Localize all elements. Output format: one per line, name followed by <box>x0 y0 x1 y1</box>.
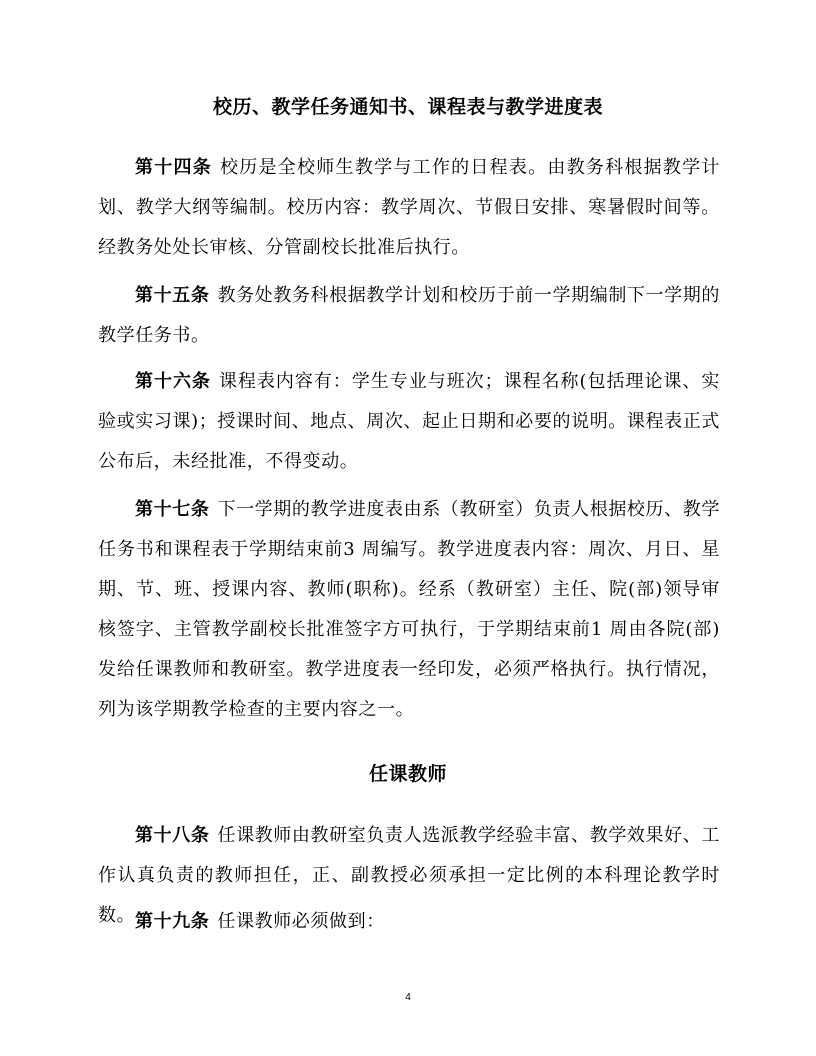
article-16: 第十六条课程表内容有：学生专业与班次；课程名称(包括理论课、实验或实习课)；授课… <box>98 362 720 482</box>
article-text: 任课教师必须做到： <box>217 911 384 932</box>
article-label: 第十六条 <box>135 371 211 392</box>
page-number: 4 <box>0 992 816 1003</box>
article-label: 第十七条 <box>135 499 209 520</box>
article-15: 第十五条教务处教务科根据教学计划和校历于前一学期编制下一学期的教学任务书。 <box>98 276 720 356</box>
article-label: 第十九条 <box>135 911 209 932</box>
article-14: 第十四条校历是全校师生教学与工作的日程表。由教务科根据教学计划、教学大纲等编制。… <box>98 148 720 268</box>
section-title-teachers: 任课教师 <box>0 762 816 786</box>
article-label: 第十八条 <box>135 825 209 846</box>
document-page: 校历、教学任务通知书、课程表与教学进度表 第十四条校历是全校师生教学与工作的日程… <box>0 0 816 1056</box>
article-19: 第十九条任课教师必须做到： <box>98 902 720 942</box>
article-label: 第十四条 <box>135 157 212 178</box>
article-17: 第十七条下一学期的教学进度表由系（教研室）负责人根据校历、教学任务书和课程表于学… <box>98 490 720 730</box>
section-title-schedule: 校历、教学任务通知书、课程表与教学进度表 <box>0 95 816 119</box>
article-label: 第十五条 <box>135 285 209 306</box>
article-text: 下一学期的教学进度表由系（教研室）负责人根据校历、教学任务书和课程表于学期结束前… <box>98 499 720 720</box>
